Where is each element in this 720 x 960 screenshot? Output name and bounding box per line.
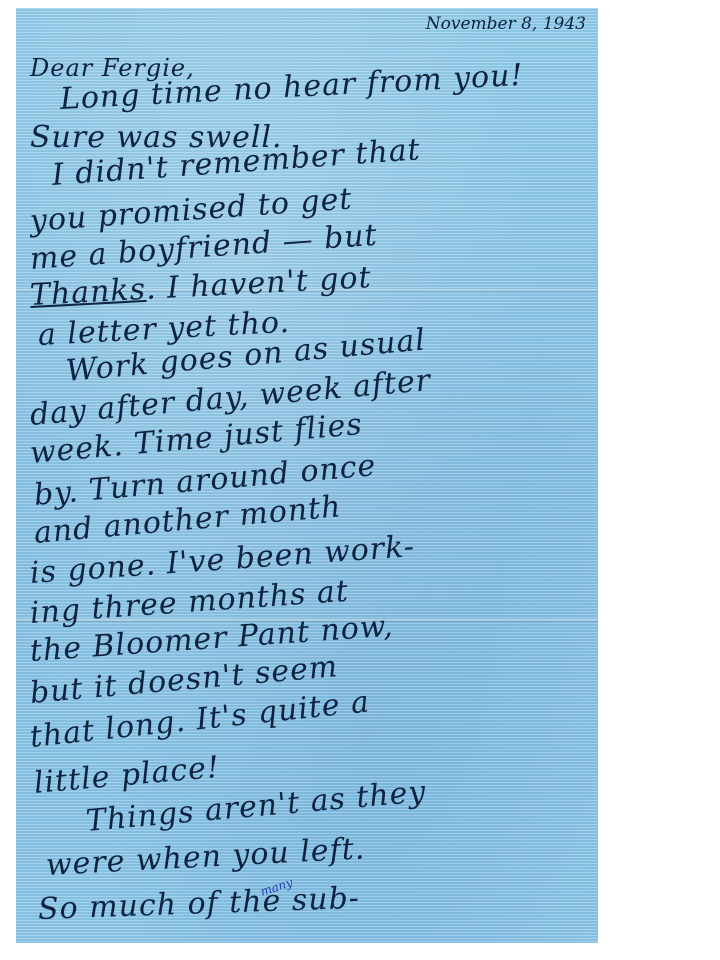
- letter-line: So much of the sub-: [37, 881, 360, 927]
- letter-line: were when you left.: [45, 831, 366, 883]
- underlined-word: Thanks: [29, 272, 147, 313]
- letter-page: November 8, 1943 Dear Fergie, Long time …: [16, 8, 598, 943]
- letter-date: November 8, 1943: [426, 14, 586, 34]
- letter-line: little place!: [32, 750, 221, 801]
